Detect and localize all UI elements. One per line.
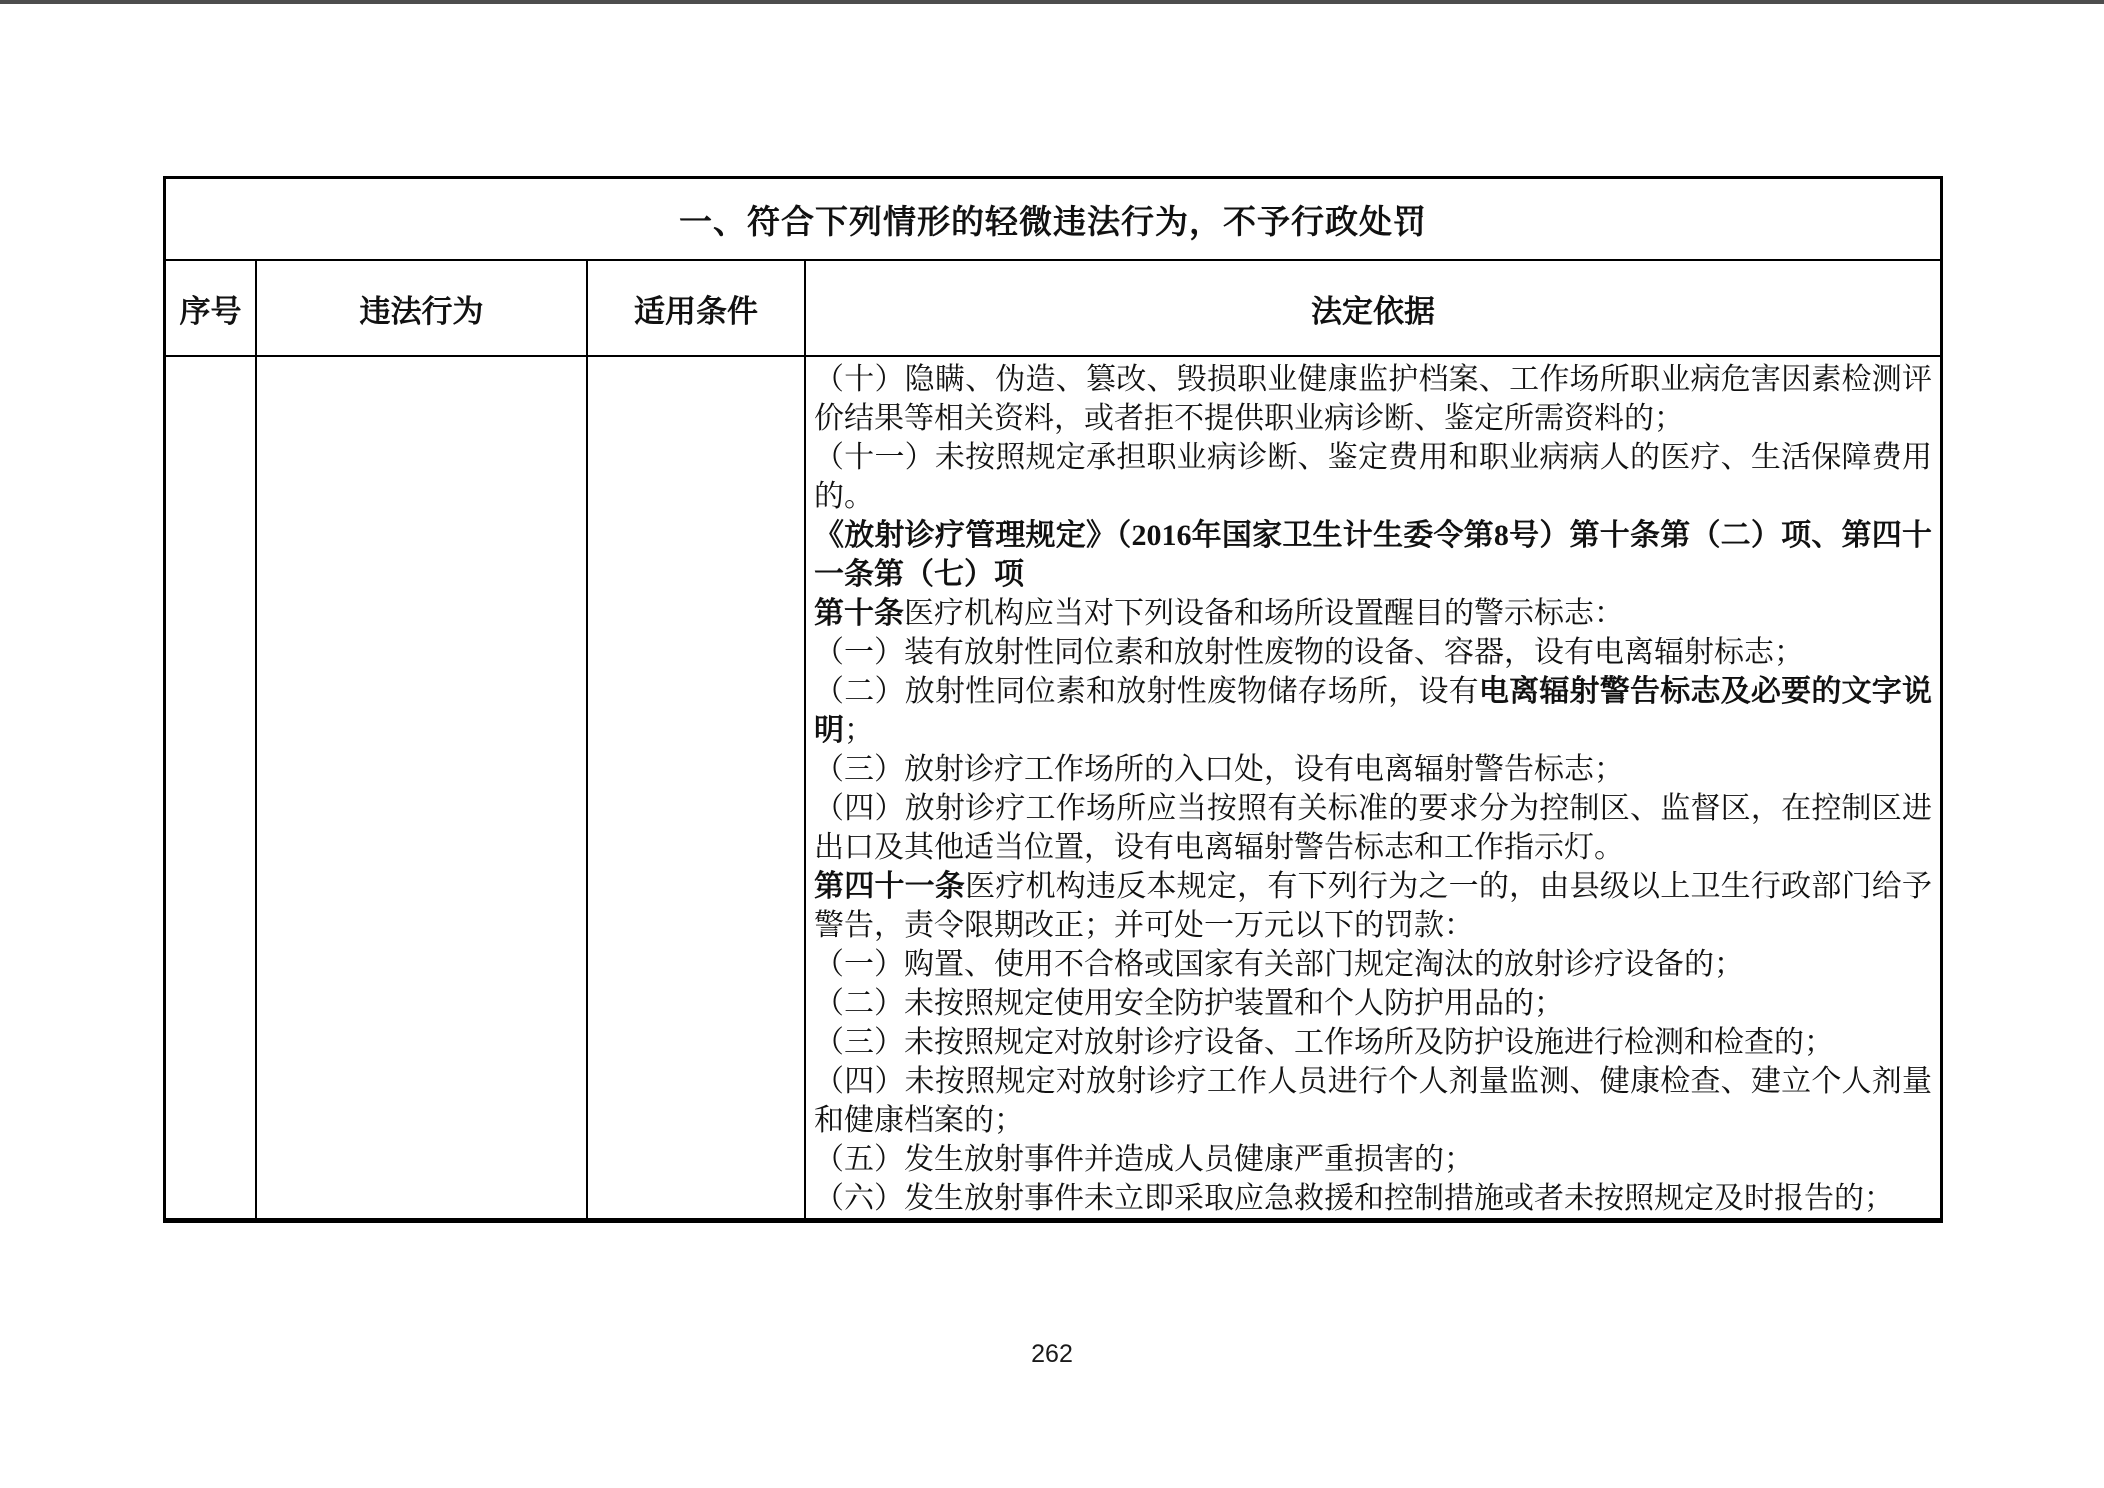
table-body-row: （十）隐瞒、伪造、篡改、毁损职业健康监护档案、工作场所职业病危害因素检测评价结果…	[166, 357, 1940, 1218]
screenshot-top-edge	[0, 0, 2104, 4]
sequence-cell	[166, 357, 257, 1218]
legal-text-paragraph: （一）装有放射性同位素和放射性废物的设备、容器，设有电离辐射标志；	[814, 633, 1932, 672]
header-cell-legal-basis: 法定依据	[806, 261, 1940, 355]
legal-text-paragraph: 《放射诊疗管理规定》（2016年国家卫生计生委令第8号）第十条第（二）项、第四十…	[814, 516, 1932, 594]
table-title-row: 一、符合下列情形的轻微违法行为，不予行政处罚	[166, 179, 1940, 261]
legal-text-paragraph: 第四十一条医疗机构违反本规定，有下列行为之一的，由县级以上卫生行政部门给予警告，…	[814, 867, 1932, 945]
legal-text-paragraph: （二）未按照规定使用安全防护装置和个人防护用品的；	[814, 984, 1932, 1023]
legal-text-paragraph: （三）放射诊疗工作场所的入口处，设有电离辐射警告标志；	[814, 750, 1932, 789]
legal-text-paragraph: （四）未按照规定对放射诊疗工作人员进行个人剂量监测、健康检查、建立个人剂量和健康…	[814, 1062, 1932, 1140]
legal-text-paragraph: （六）发生放射事件未立即采取应急救援和控制措施或者未按照规定及时报告的；	[814, 1179, 1932, 1218]
legal-text-paragraph: （二）放射性同位素和放射性废物储存场所，设有电离辐射警告标志及必要的文字说明；	[814, 672, 1932, 750]
legal-text-paragraph: （十一）未按照规定承担职业病诊断、鉴定费用和职业病病人的医疗、生活保障费用的。	[814, 438, 1932, 516]
legal-text-paragraph: 第十条医疗机构应当对下列设备和场所设置醒目的警示标志：	[814, 594, 1932, 633]
section-title: 一、符合下列情形的轻微违法行为，不予行政处罚	[679, 196, 1427, 243]
applicable-condition-cell	[588, 357, 806, 1218]
header-cell-applicable-condition: 适用条件	[588, 261, 806, 355]
header-cell-sequence: 序号	[166, 261, 257, 355]
legal-text-paragraph: （四）放射诊疗工作场所应当按照有关标准的要求分为控制区、监督区，在控制区进出口及…	[814, 789, 1932, 867]
table-header-row: 序号 违法行为 适用条件 法定依据	[166, 261, 1940, 357]
violation-table: 一、符合下列情形的轻微违法行为，不予行政处罚 序号 违法行为 适用条件 法定依据…	[163, 176, 1943, 1223]
legal-text-paragraph: （三）未按照规定对放射诊疗设备、工作场所及防护设施进行检测和检查的；	[814, 1023, 1932, 1062]
legal-text-paragraph: （十）隐瞒、伪造、篡改、毁损职业健康监护档案、工作场所职业病危害因素检测评价结果…	[814, 360, 1932, 438]
legal-basis-cell: （十）隐瞒、伪造、篡改、毁损职业健康监护档案、工作场所职业病危害因素检测评价结果…	[806, 357, 1940, 1218]
legal-text-paragraph: （五）发生放射事件并造成人员健康严重损害的；	[814, 1140, 1932, 1179]
page-number: 262	[0, 1340, 2104, 1369]
legal-text-paragraph: （一）购置、使用不合格或国家有关部门规定淘汰的放射诊疗设备的；	[814, 945, 1932, 984]
illegal-act-cell	[257, 357, 588, 1218]
header-cell-illegal-act: 违法行为	[257, 261, 588, 355]
